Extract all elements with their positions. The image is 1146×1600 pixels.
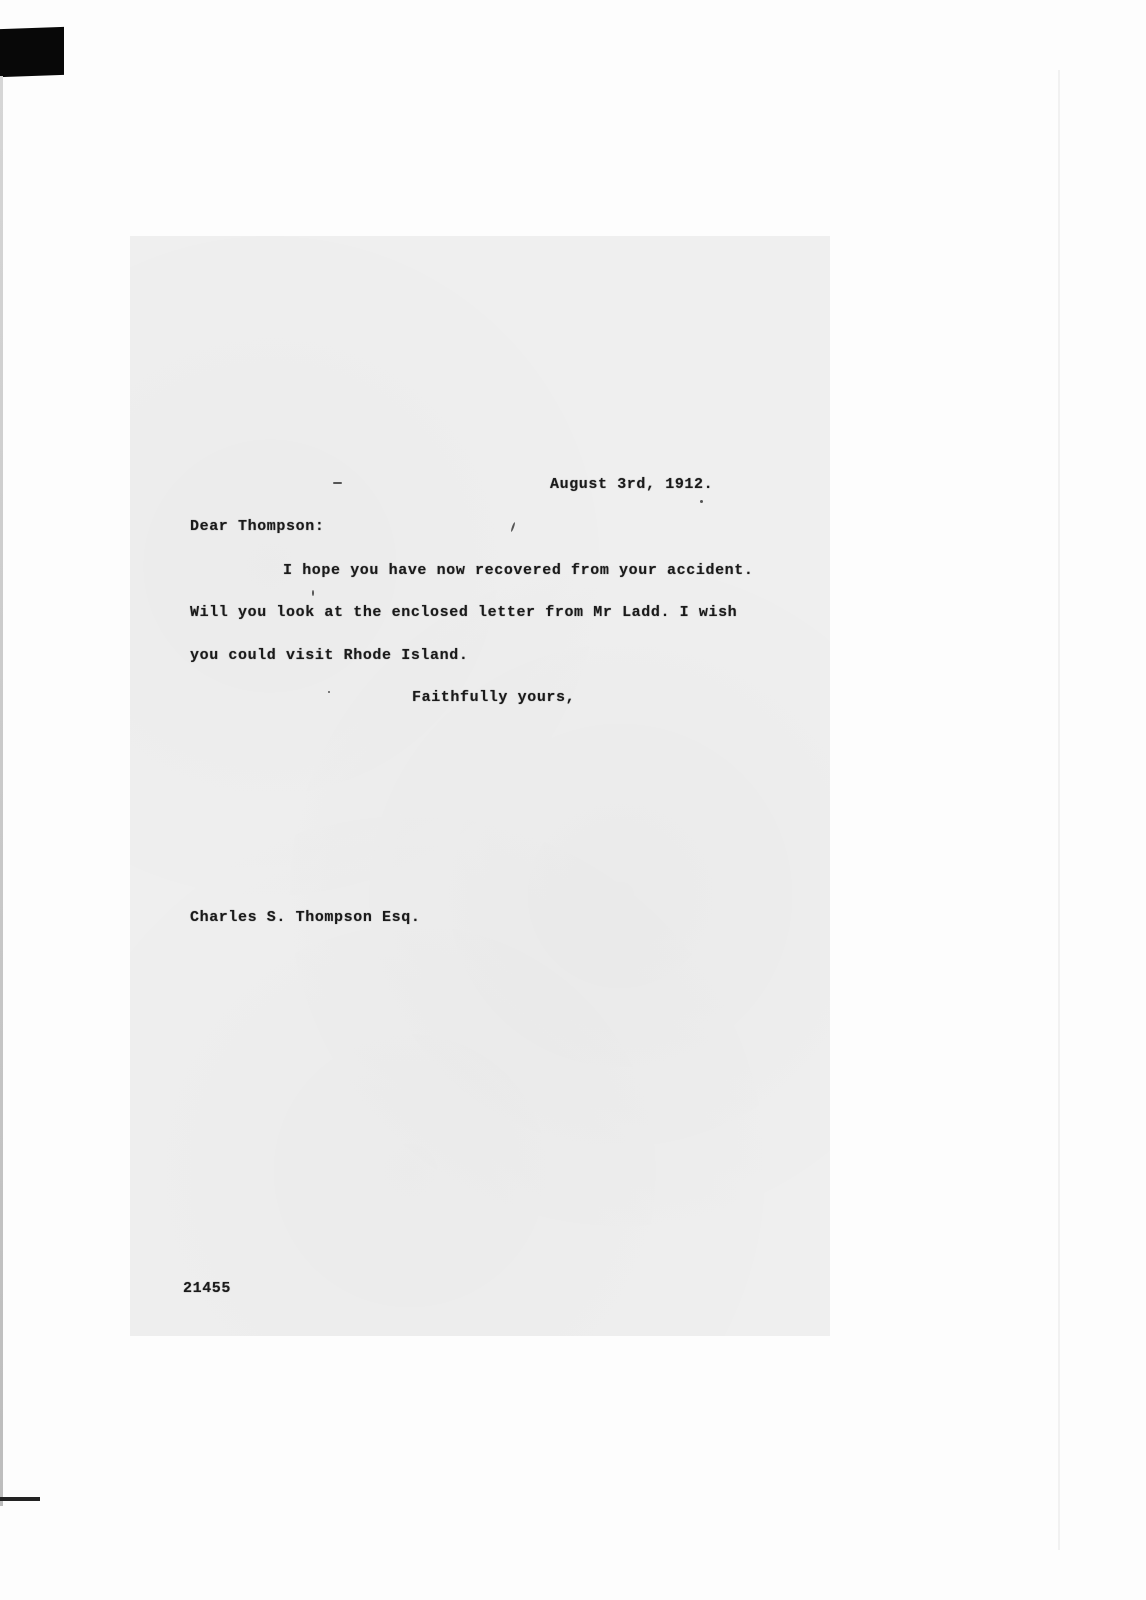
black-film-tab <box>0 27 64 77</box>
ink-dash <box>333 482 342 484</box>
letter-recipient: Charles S. Thompson Esq. <box>190 909 420 926</box>
letter-body-line: I hope you have now recovered from your … <box>283 562 753 579</box>
ink-mark <box>312 590 314 596</box>
ink-speck <box>328 691 330 693</box>
scan-edge <box>0 76 3 1506</box>
letter-paper <box>130 236 830 1336</box>
letter-body-line: Will you look at the enclosed letter fro… <box>190 604 737 621</box>
file-number: 21455 <box>183 1280 231 1297</box>
letter-salutation: Dear Thompson: <box>190 518 324 535</box>
scan-frame-line <box>1058 70 1060 1550</box>
letter-body-line: you could visit Rhode Island. <box>190 647 468 664</box>
ink-speck <box>700 500 703 503</box>
letter-date: August 3rd, 1912. <box>550 476 713 493</box>
letter-closing: Faithfully yours, <box>412 689 575 706</box>
scan-corner-mark <box>0 1497 40 1501</box>
